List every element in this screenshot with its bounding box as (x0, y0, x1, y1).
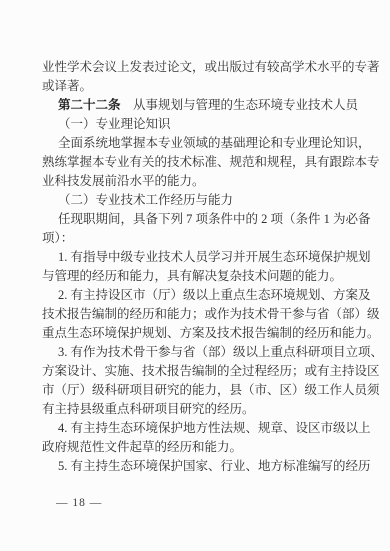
list-item-line: 2. 有主持设区市（厅）级以上重点生态环境规划、方案及 (42, 286, 376, 305)
text-line: 方案设计、实施、技术报告编制的全过程经历；或有主持设区 (42, 362, 376, 381)
section-heading: （二）专业技术工作经历与能力 (42, 191, 376, 210)
text-line: 任现职期间，具备下列 7 项条件中的 2 项（条件 1 为必备 (42, 210, 376, 229)
text-line: 熟练掌握本专业有关的技术标准、规范和规程，具有跟踪本专 (42, 153, 376, 172)
list-item-line: 3. 有作为技术骨干参与省（部）级以上重点科研项目立项、 (42, 343, 376, 362)
document-body: 业性学术会议上发表过论文，或出版过有较高学术水平的专著 或译著。 第二十二条 从… (42, 58, 376, 476)
text-line: 业性学术会议上发表过论文，或出版过有较高学术水平的专著 (42, 58, 376, 77)
list-item-line: 5. 有主持生态环境保护国家、行业、地方标准编写的经历 (42, 457, 376, 476)
page-number: — 18 — (56, 494, 102, 513)
document-page: 业性学术会议上发表过论文，或出版过有较高学术水平的专著 或译著。 第二十二条 从… (0, 0, 390, 551)
article-heading: 第二十二条 从事规划与管理的生态环境专业技术人员 (42, 96, 376, 115)
text-line: 技术报告编制的经历和能力；或作为技术骨干参与省（部）级 (42, 305, 376, 324)
text-line: 与管理的经历和能力，具有解决复杂技术问题的能力。 (42, 267, 376, 286)
text-line: 政府规范性文件起草的经历和能力。 (42, 438, 376, 457)
text-line: 业科技发展前沿水平的能力。 (42, 172, 376, 191)
text-line: 有主持县级重点科研项目研究的经历。 (42, 400, 376, 419)
section-heading: （一）专业理论知识 (42, 115, 376, 134)
text-line: 全面系统地掌握本专业领域的基础理论和专业理论知识， (42, 134, 376, 153)
text-line: 项）： (42, 229, 376, 248)
list-item-line: 4. 有主持生态环境保护地方性法规、规章、设区市级以上 (42, 419, 376, 438)
text-line: 市（厅）级科研项目研究的能力，县（市、区）级工作人员须 (42, 381, 376, 400)
article-title: 从事规划与管理的生态环境专业技术人员 (121, 98, 359, 112)
text-line: 重点生态环境保护规划、方案及技术报告编制的经历和能力。 (42, 324, 376, 343)
article-number: 第二十二条 (58, 98, 121, 112)
text-line: 或译著。 (42, 77, 376, 96)
list-item-line: 1. 有指导中级专业技术人员学习并开展生态环境保护规划 (42, 248, 376, 267)
